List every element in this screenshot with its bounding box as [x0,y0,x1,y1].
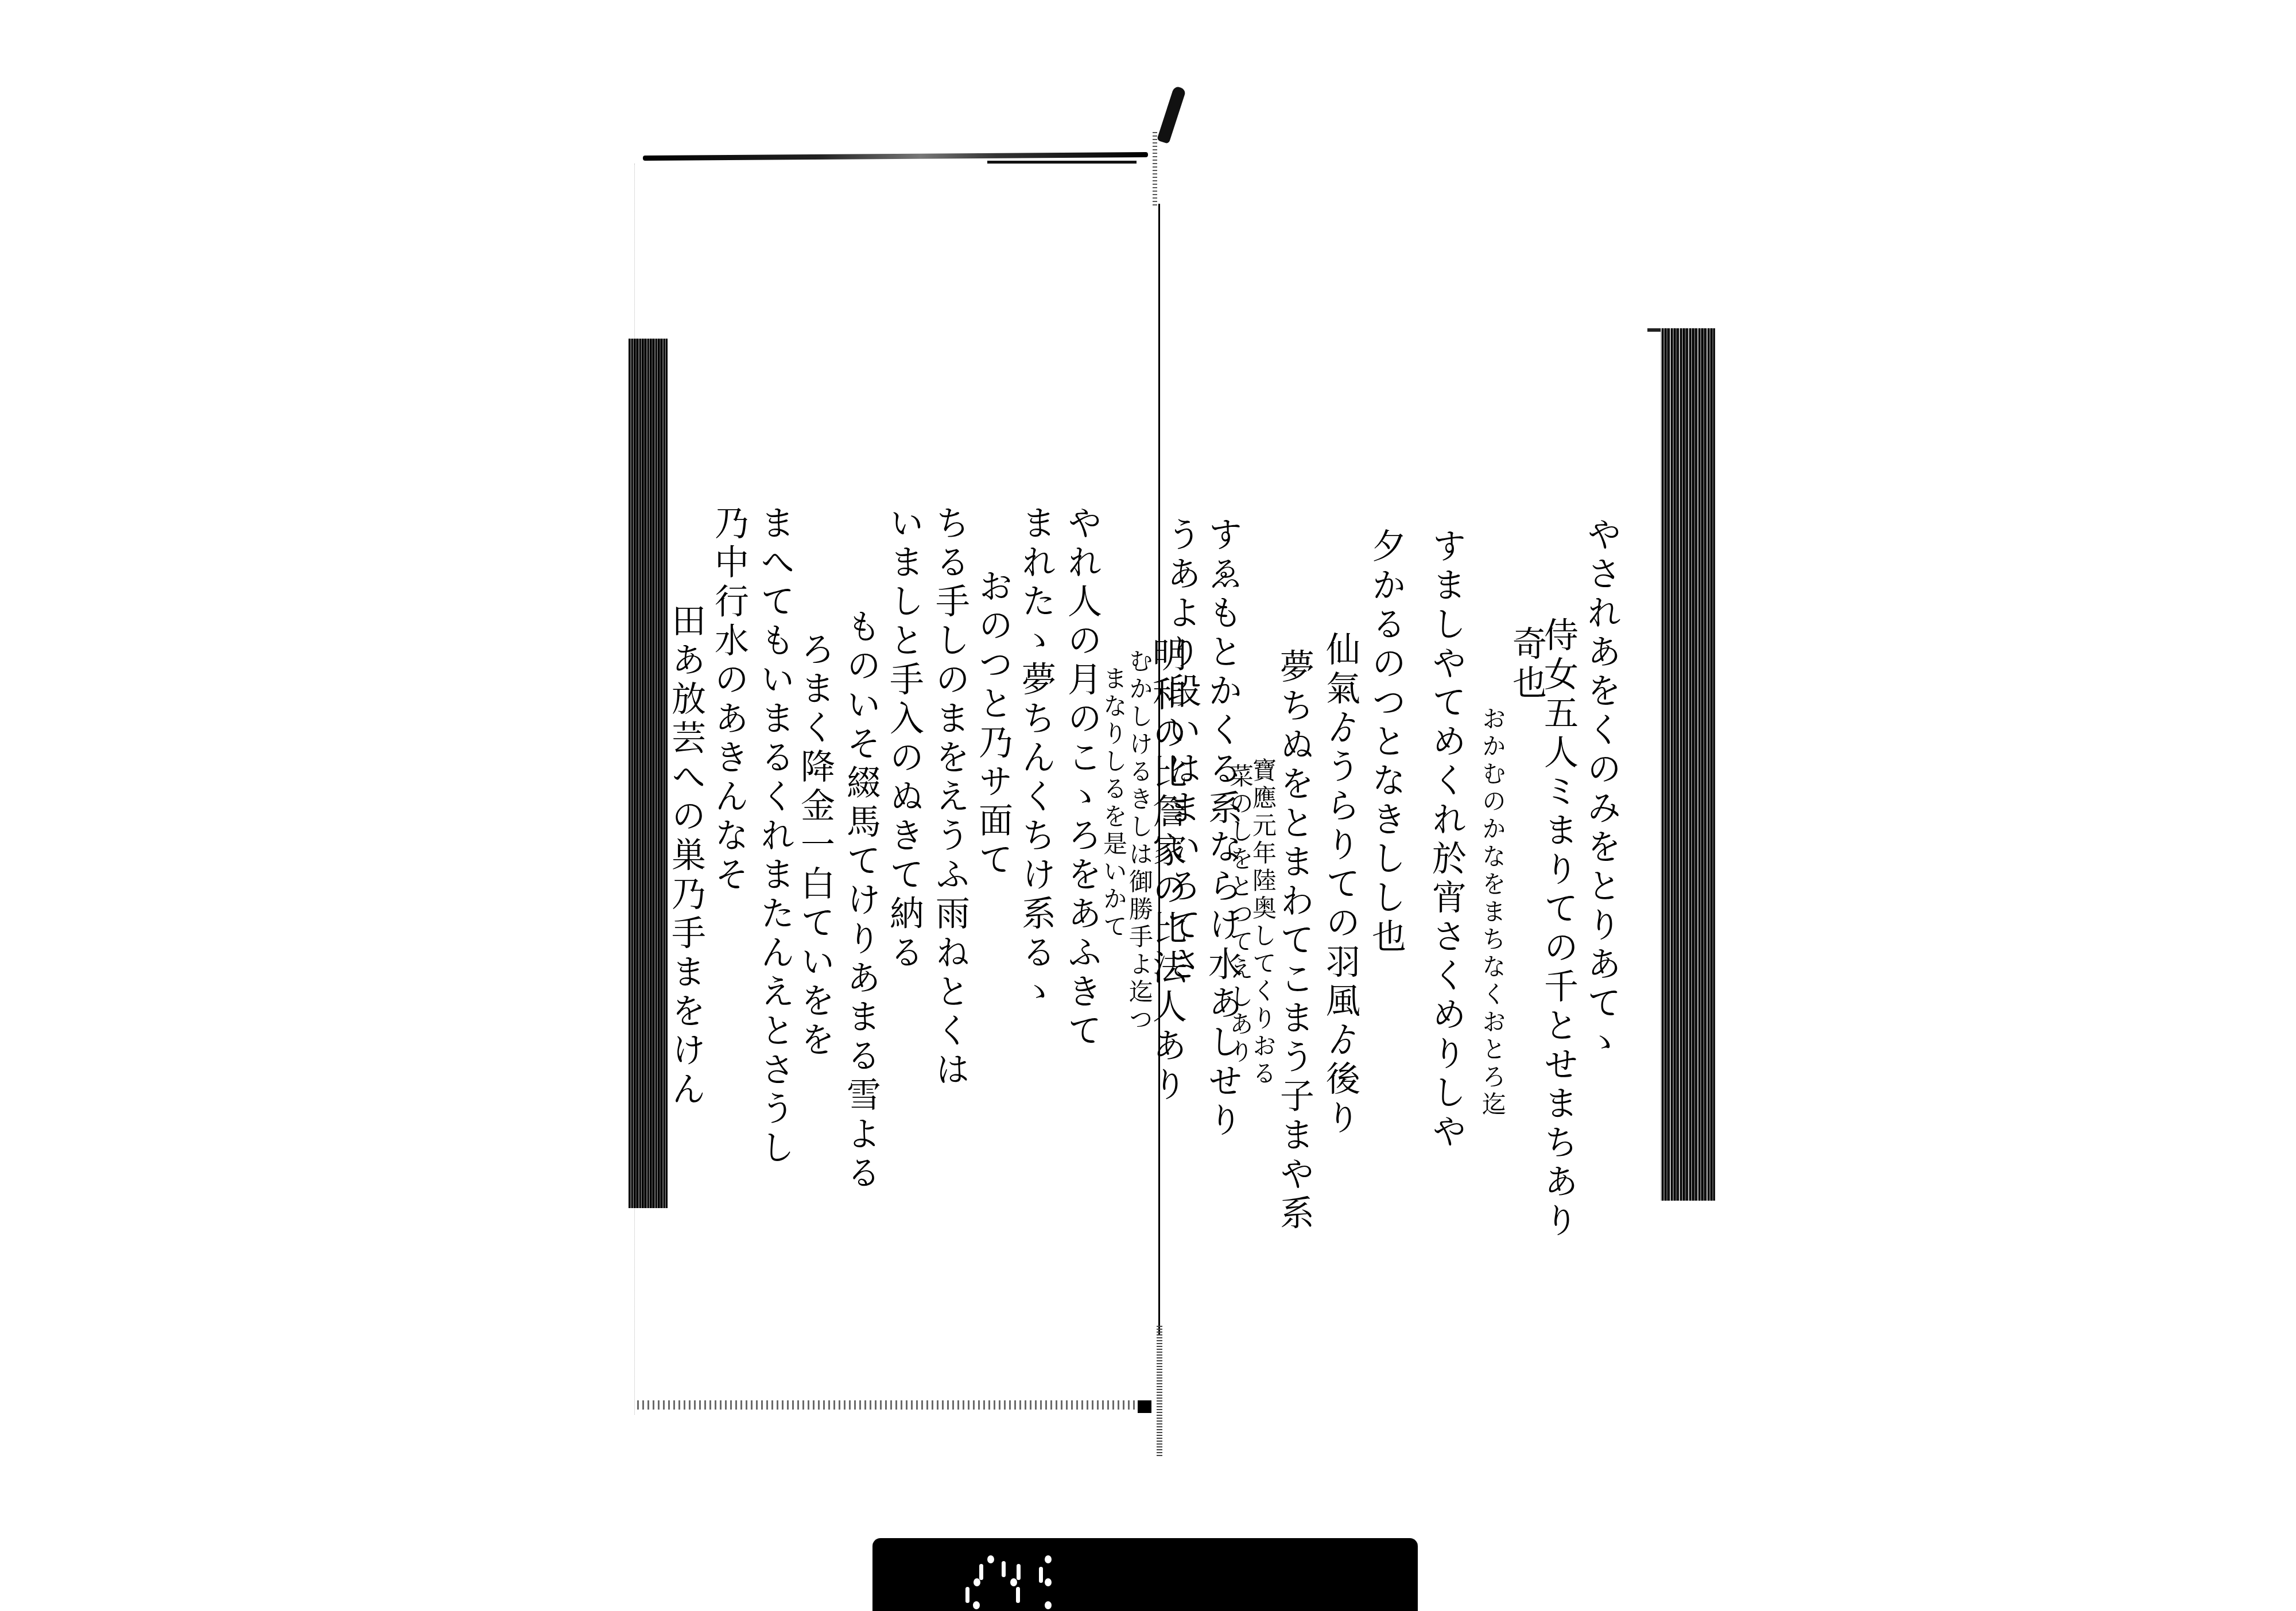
label-dot-mark [987,1555,994,1563]
text-column: まれたゝ夢ちんくちけ系るゝ [1019,505,1053,1012]
text-column: 夢ちぬをとまわてこまう子まや系 [1277,649,1312,1234]
text-column: すましやてめくれ於宵さくめりしや [1429,528,1464,1152]
text-column: やれ人の月のこゝろをあふきて [1065,505,1099,1051]
label-bar-mark [1017,1564,1021,1580]
manuscript-scan: やされあをくのみをとりあてゝ侍女五人ミまりての千とせまちあり奇也おかむのかなをま… [0,0,2296,1611]
left-page-edge-stack [629,339,668,1208]
label-dot-mark [974,1578,980,1586]
label-bar-mark [965,1587,969,1603]
text-column: 奇也 [1510,626,1544,704]
text-column: 仙氣ゟうらりての羽風ゟ後り [1323,631,1358,1139]
label-dot-mark [1045,1578,1052,1586]
book-top-edge [643,152,1148,161]
text-column: ちる手しのまをえうふ雨ねとくは [933,505,967,1090]
label-bar-mark [1016,1587,1020,1603]
text-column: 夕かるのつとなきしし也 [1369,528,1403,957]
gutter-bottom-shadow [1157,1326,1162,1458]
text-column: 侍女五人ミまりての千とせまちあり [1541,617,1576,1241]
gutter-top-shadow [1153,132,1157,207]
text-column: やされあをくのみをとりあてゝ [1584,517,1619,1063]
text-column: ものいそ綴馬てけりあまる雪よる [844,608,878,1194]
label-dot-mark [1045,1555,1052,1563]
label-bar-mark [1039,1567,1043,1583]
text-column: 寶應元年陸奥してくりおる [1251,758,1275,1088]
text-column: むかしけるきしは御勝手よ迄つ [1127,649,1151,1034]
label-dot-mark [1010,1578,1017,1586]
text-column: ろまく降金一白ていをを [798,631,832,1061]
text-column: 乃中行水のあきんなそ [712,505,746,895]
text-column: まなりしるを是いかて [1102,666,1126,941]
label-dot-mark [1045,1601,1052,1609]
text-column: おかむのかなをまちなくおとろ迄 [1480,706,1504,1119]
text-column: すゑもとかくる系ならけ水あしせり [1205,517,1240,1141]
folio-mark-one [1157,86,1186,144]
book-bottom-edge [637,1400,1142,1410]
library-label-strip [872,1538,1418,1611]
label-bar-mark [1002,1561,1006,1577]
bottom-binding-tab [1138,1400,1151,1413]
text-column: 田あ放芸への巣乃手まをけん [669,603,703,1110]
text-column: おのつと乃サ面て [976,568,1010,880]
label-dot-mark [973,1601,980,1609]
text-column: まへてもいまるくれまたんえとさうし [758,505,792,1169]
text-column: 明和の比詹家の比法人あり [1150,637,1184,1105]
right-page-edge-stack [1661,328,1715,1201]
label-bar-mark [979,1564,983,1580]
text-column: いましと手入のぬきて納る [887,505,921,973]
